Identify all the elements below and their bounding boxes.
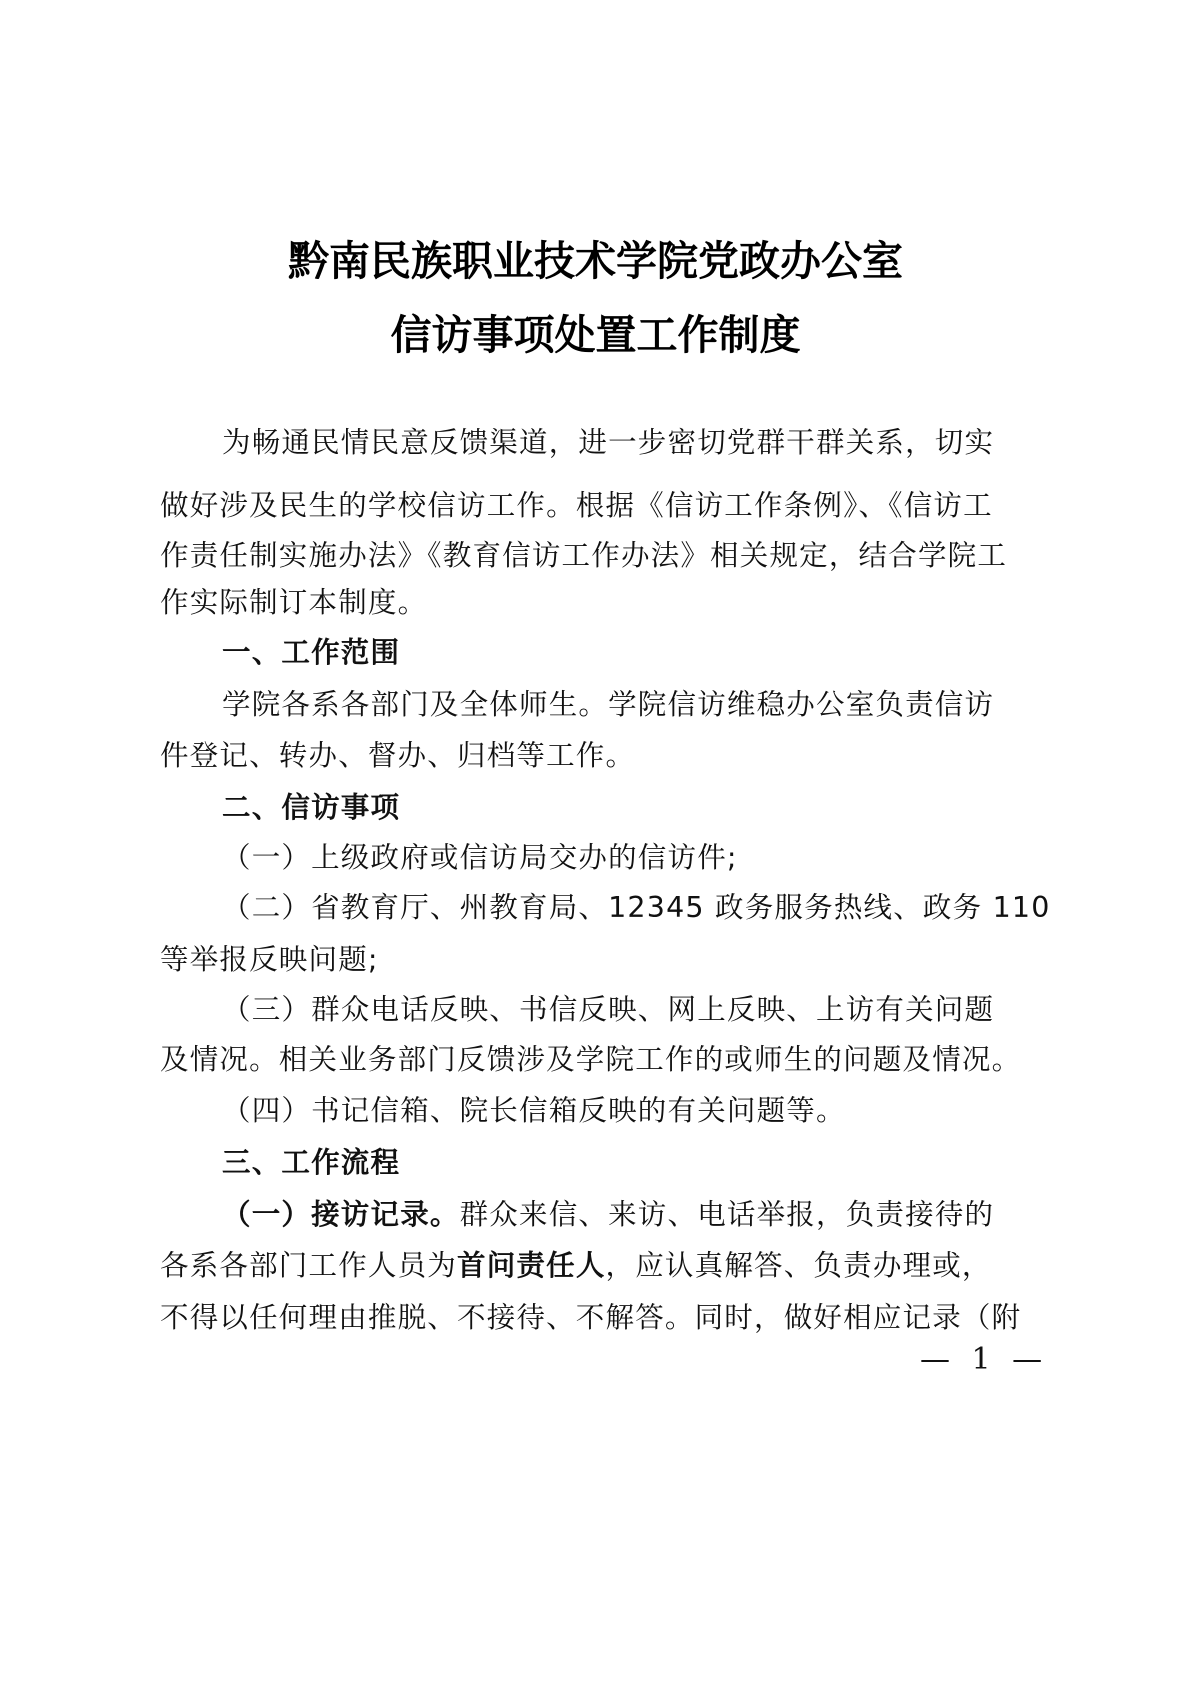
section3-item1-label: （一）接访记录。 — [222, 1198, 460, 1231]
section2-item-1: （一）上级政府或信访局交办的信访件; — [222, 835, 738, 876]
section2-item-3: （三）群众电话反映、书信反映、网上反映、上访有关问题 — [222, 987, 994, 1028]
section3-line2-pre: 各系各部门工作人员为 — [160, 1249, 457, 1282]
section1-line-2: 件登记、转办、督办、归档等工作。 — [160, 733, 635, 774]
section1-line-1: 学院各系各部门及全体师生。学院信访维稳办公室负责信访 — [222, 682, 994, 723]
section2-item-2: （二）省教育厅、州教育局、12345 政务服务热线、政务 110 — [222, 885, 1051, 926]
intro-line-4: 作实际制订本制度。 — [160, 580, 427, 621]
section3-line-2: 各系各部门工作人员为首问责任人，应认真解答、负责办理或， — [160, 1243, 992, 1284]
section3-heading: 三、工作流程 — [222, 1140, 400, 1181]
section2-item-3-cont: 及情况。相关业务部门反馈涉及学院工作的或师生的问题及情况。 — [160, 1037, 1021, 1078]
document-title-line2: 信访事项处置工作制度 — [0, 302, 1191, 361]
section3-item-1: （一）接访记录。群众来信、来访、电话举报，负责接待的 — [222, 1192, 994, 1233]
section2-heading: 二、信访事项 — [222, 785, 400, 826]
intro-line-2: 做好涉及民生的学校信访工作。根据《信访工作条例》、《信访工 — [160, 483, 993, 524]
intro-line-1: 为畅通民情民意反馈渠道，进一步密切党群干群关系，切实 — [222, 420, 994, 461]
page-number: — 1 — — [920, 1342, 1048, 1377]
section3-item1-text: 群众来信、来访、电话举报，负责接待的 — [460, 1198, 995, 1231]
section2-item-4: （四）书记信箱、院长信箱反映的有关问题等。 — [222, 1088, 846, 1129]
section1-heading: 一、工作范围 — [222, 630, 400, 671]
document-page: 黔南民族职业技术学院党政办公室 信访事项处置工作制度 为畅通民情民意反馈渠道，进… — [0, 0, 1191, 1684]
section3-line-3: 不得以任何理由推脱、不接待、不解答。同时，做好相应记录（附 — [160, 1295, 1021, 1336]
document-title-line1: 黔南民族职业技术学院党政办公室 — [0, 228, 1191, 287]
intro-line-3: 作责任制实施办法》《教育信访工作办法》相关规定，结合学院工 — [160, 533, 1007, 574]
section3-line2-post: ，应认真解答、负责办理或， — [606, 1249, 992, 1282]
section2-item-2-cont: 等举报反映问题; — [160, 937, 379, 978]
first-responsible-person: 首问责任人 — [457, 1249, 606, 1282]
